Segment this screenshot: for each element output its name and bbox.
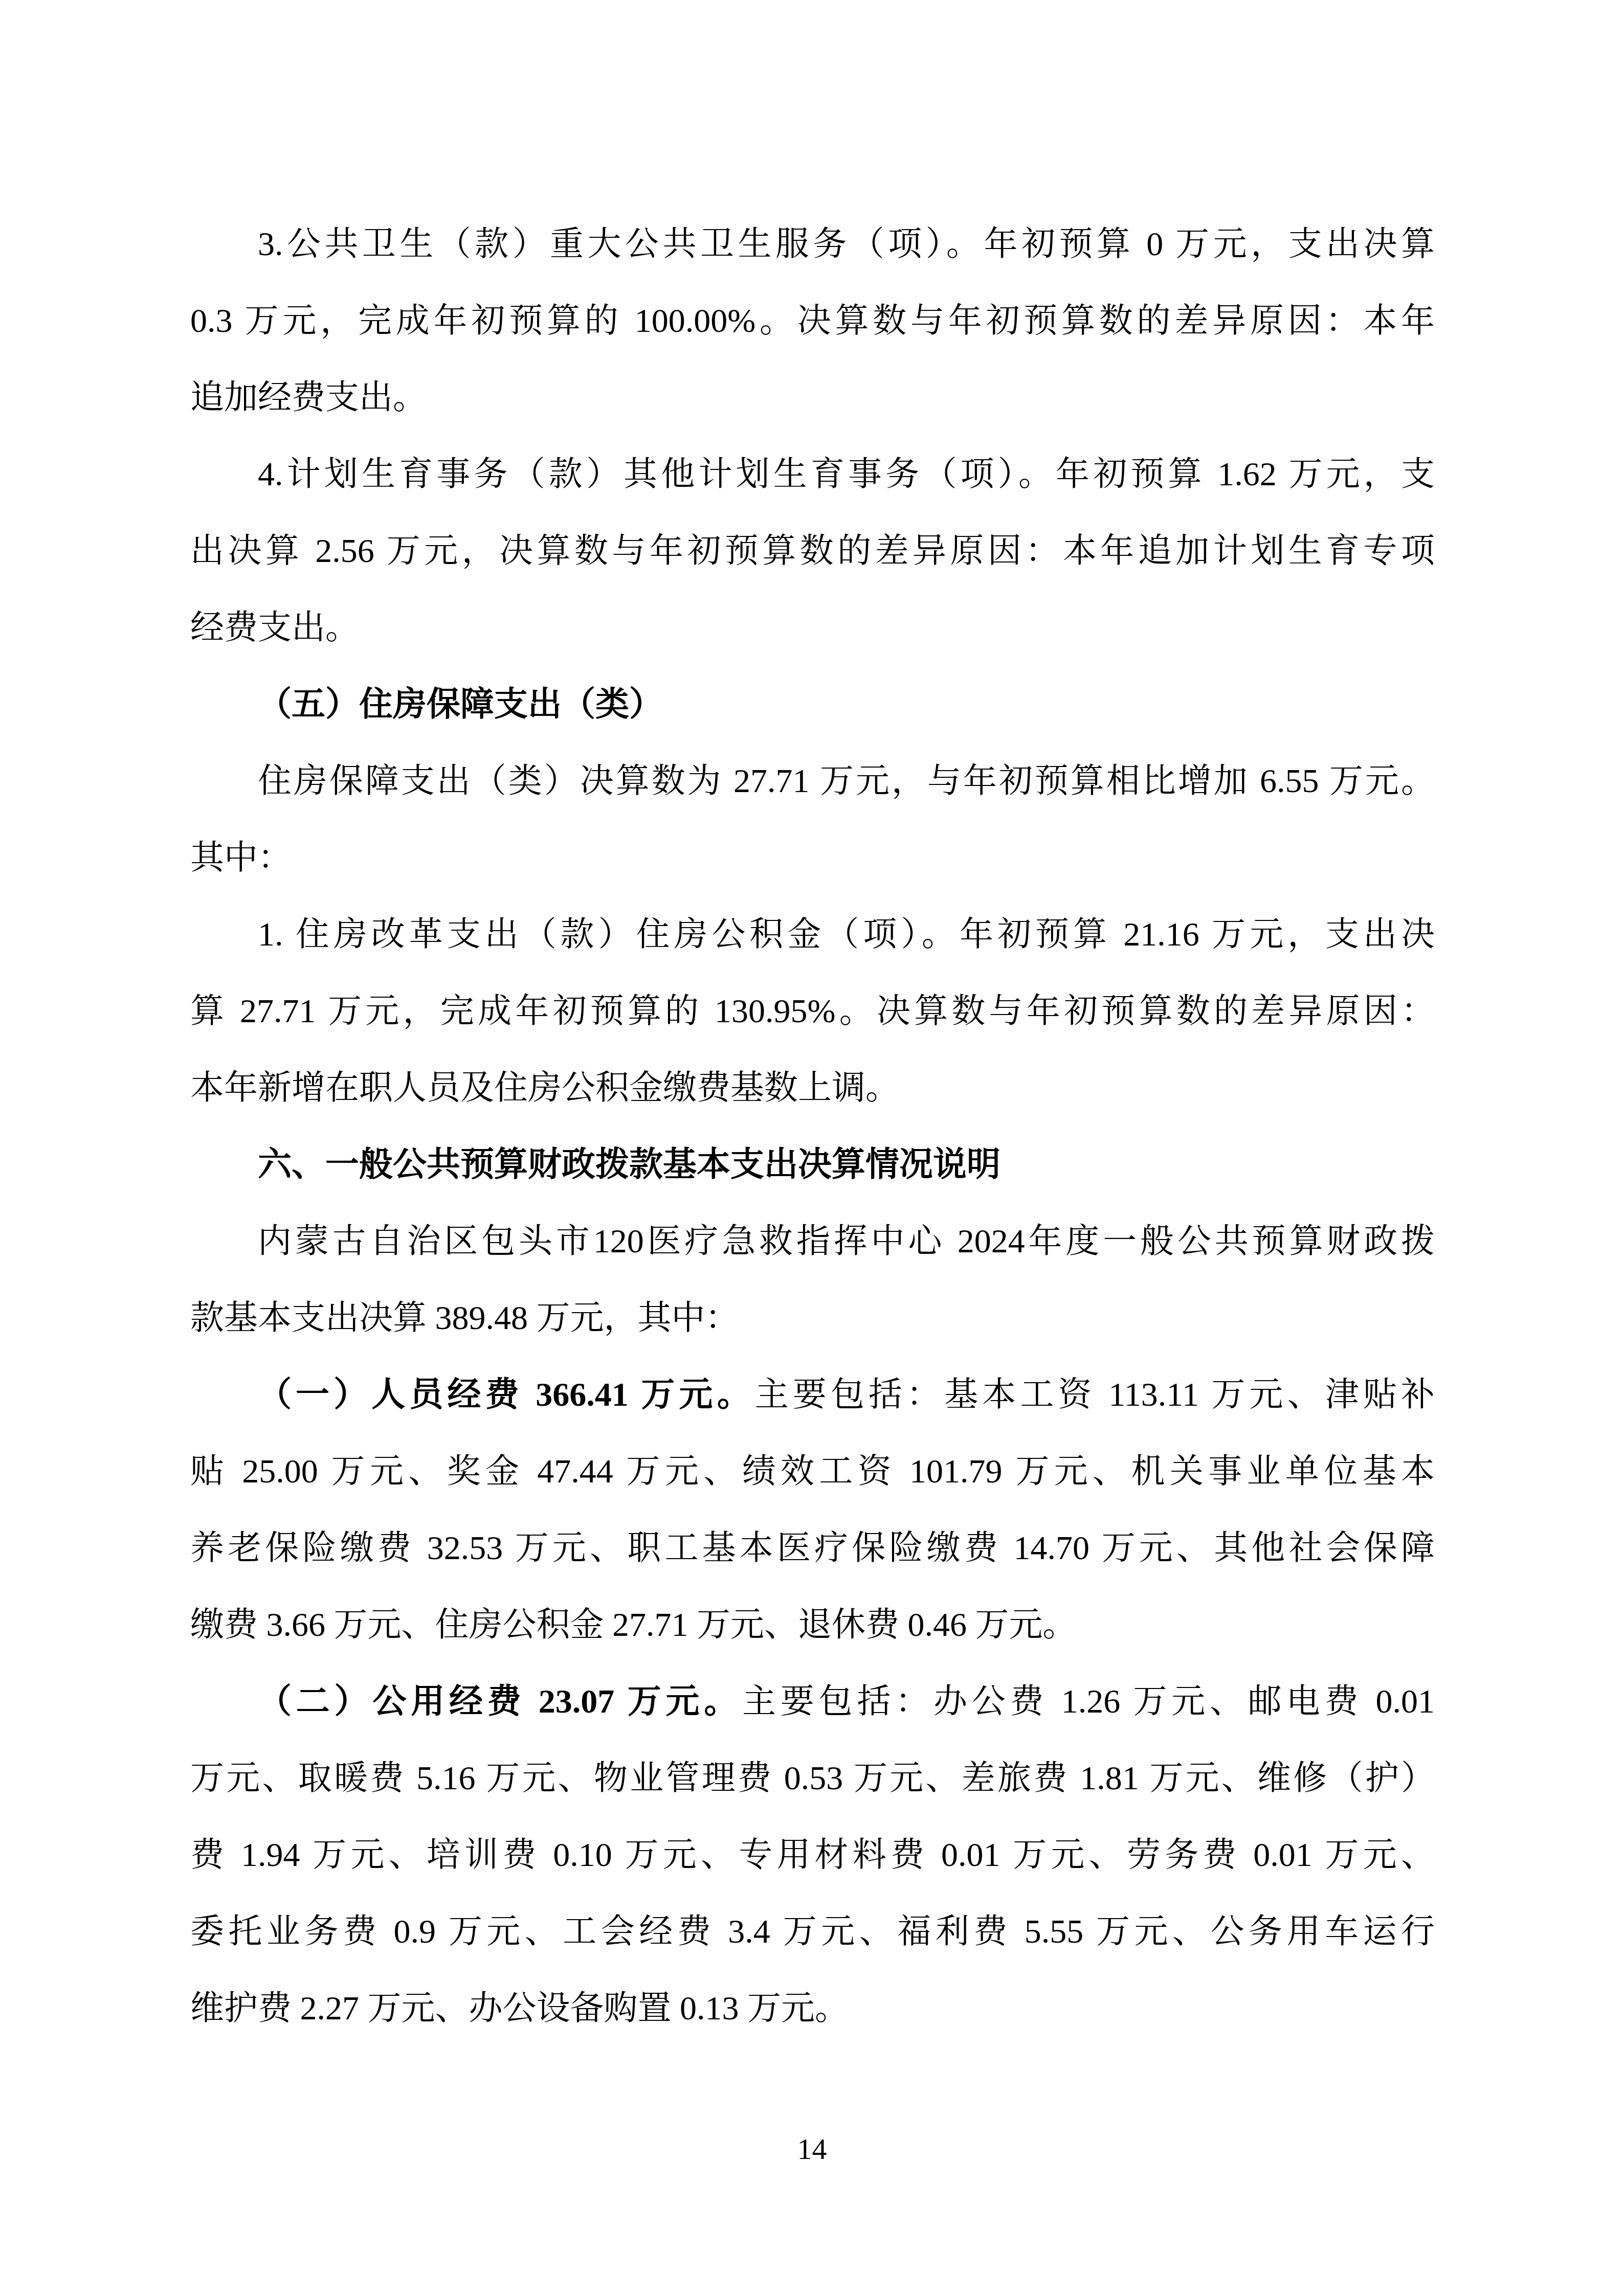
text-line: 算 27.71 万元，完成年初预算的 130.95%。决算数与年初预算数的差异原… [190,973,1435,1050]
text-segment: 4.计划生育事务（款）其他计划生育事务（项）。年初预算 1.62 万元，支 [258,456,1435,493]
text-line: 缴费 3.66 万元、住房公积金 27.71 万元、退休费 0.46 万元。 [190,1587,1435,1663]
text-segment: 养老保险缴费 32.53 万元、职工基本医疗保险缴费 14.70 万元、其他社会… [190,1529,1435,1567]
text-line: 经费支出。 [190,590,1435,666]
text-line: 住房保障支出（类）决算数为 27.71 万元，与年初预算相比增加 6.55 万元… [190,743,1435,820]
text-segment: 0.3 万元，完成年初预算的 100.00%。决算数与年初预算数的差异原因：本年 [190,302,1435,340]
text-line: 养老保险缴费 32.53 万元、职工基本医疗保险缴费 14.70 万元、其他社会… [190,1510,1435,1587]
text-line: 委托业务费 0.9 万元、工会经费 3.4 万元、福利费 5.55 万元、公务用… [190,1894,1435,1970]
text-segment: 追加经费支出。 [190,379,427,416]
text-line: 4.计划生育事务（款）其他计划生育事务（项）。年初预算 1.62 万元，支 [190,436,1435,513]
text-line: 3.公共卫生（款）重大公共卫生服务（项）。年初预算 0 万元，支出决算 [190,206,1435,283]
text-line: 其中： [190,820,1435,896]
text-segment: 内蒙古自治区包头市120医疗急救指挥中心 2024年度一般公共预算财政拨 [258,1223,1435,1260]
text-line: 款基本支出决算 389.48 万元，其中： [190,1280,1435,1357]
bold-text-segment: （一）人员经费 366.41 万元。 [258,1376,755,1413]
text-segment: 万元、取暖费 5.16 万元、物业管理费 0.53 万元、差旅费 1.81 万元… [190,1760,1435,1797]
bold-text-segment: （五）住房保障支出（类） [258,686,663,723]
text-segment: 本年新增在职人员及住房公积金缴费基数上调。 [190,1069,899,1107]
text-segment: 贴 25.00 万元、奖金 47.44 万元、绩效工资 101.79 万元、机关… [190,1453,1435,1490]
document-body: 3.公共卫生（款）重大公共卫生服务（项）。年初预算 0 万元，支出决算0.3 万… [190,206,1435,2047]
text-segment: 出决算 2.56 万元，决算数与年初预算数的差异原因：本年追加计划生育专项 [190,532,1435,570]
text-line: 六、一般公共预算财政拨款基本支出决算情况说明 [190,1127,1435,1203]
page-number: 14 [0,2131,1624,2167]
text-segment: 费 1.94 万元、培训费 0.10 万元、专用材料费 0.01 万元、劳务费 … [190,1836,1435,1874]
document-page: 3.公共卫生（款）重大公共卫生服务（项）。年初预算 0 万元，支出决算0.3 万… [0,0,1624,2296]
text-line: 贴 25.00 万元、奖金 47.44 万元、绩效工资 101.79 万元、机关… [190,1433,1435,1510]
text-segment: 委托业务费 0.9 万元、工会经费 3.4 万元、福利费 5.55 万元、公务用… [190,1913,1435,1950]
text-segment: 算 27.71 万元，完成年初预算的 130.95%。决算数与年初预算数的差异原… [190,993,1435,1030]
bold-text-segment: （二）公用经费 23.07 万元。 [258,1683,742,1720]
text-line: 费 1.94 万元、培训费 0.10 万元、专用材料费 0.01 万元、劳务费 … [190,1817,1435,1894]
text-segment: 维护费 2.27 万元、办公设备购置 0.13 万元。 [190,1990,849,2027]
text-line: 出决算 2.56 万元，决算数与年初预算数的差异原因：本年追加计划生育专项 [190,513,1435,590]
text-line: 追加经费支出。 [190,359,1435,436]
text-segment: 主要包括：办公费 1.26 万元、邮电费 0.01 [742,1683,1435,1720]
text-line: 万元、取暖费 5.16 万元、物业管理费 0.53 万元、差旅费 1.81 万元… [190,1740,1435,1817]
text-line: 维护费 2.27 万元、办公设备购置 0.13 万元。 [190,1970,1435,2047]
text-line: （一）人员经费 366.41 万元。主要包括：基本工资 113.11 万元、津贴… [190,1357,1435,1433]
text-segment: 1. 住房改革支出（款）住房公积金（项）。年初预算 21.16 万元，支出决 [258,916,1435,953]
text-line: 内蒙古自治区包头市120医疗急救指挥中心 2024年度一般公共预算财政拨 [190,1203,1435,1280]
text-segment: 经费支出。 [190,609,359,646]
text-line: 1. 住房改革支出（款）住房公积金（项）。年初预算 21.16 万元，支出决 [190,896,1435,973]
text-segment: 款基本支出决算 389.48 万元，其中： [190,1299,739,1337]
text-segment: 住房保障支出（类）决算数为 27.71 万元，与年初预算相比增加 6.55 万元… [258,762,1435,800]
bold-text-segment: 六、一般公共预算财政拨款基本支出决算情况说明 [258,1146,1000,1183]
text-segment: 主要包括：基本工资 113.11 万元、津贴补 [755,1376,1435,1413]
text-line: 0.3 万元，完成年初预算的 100.00%。决算数与年初预算数的差异原因：本年 [190,283,1435,359]
text-segment: 缴费 3.66 万元、住房公积金 27.71 万元、退休费 0.46 万元。 [190,1606,1077,1644]
text-line: 本年新增在职人员及住房公积金缴费基数上调。 [190,1050,1435,1127]
text-line: （二）公用经费 23.07 万元。主要包括：办公费 1.26 万元、邮电费 0.… [190,1663,1435,1740]
text-segment: 3.公共卫生（款）重大公共卫生服务（项）。年初预算 0 万元，支出决算 [258,226,1435,263]
text-segment: 其中： [190,839,292,876]
text-line: （五）住房保障支出（类） [190,666,1435,743]
